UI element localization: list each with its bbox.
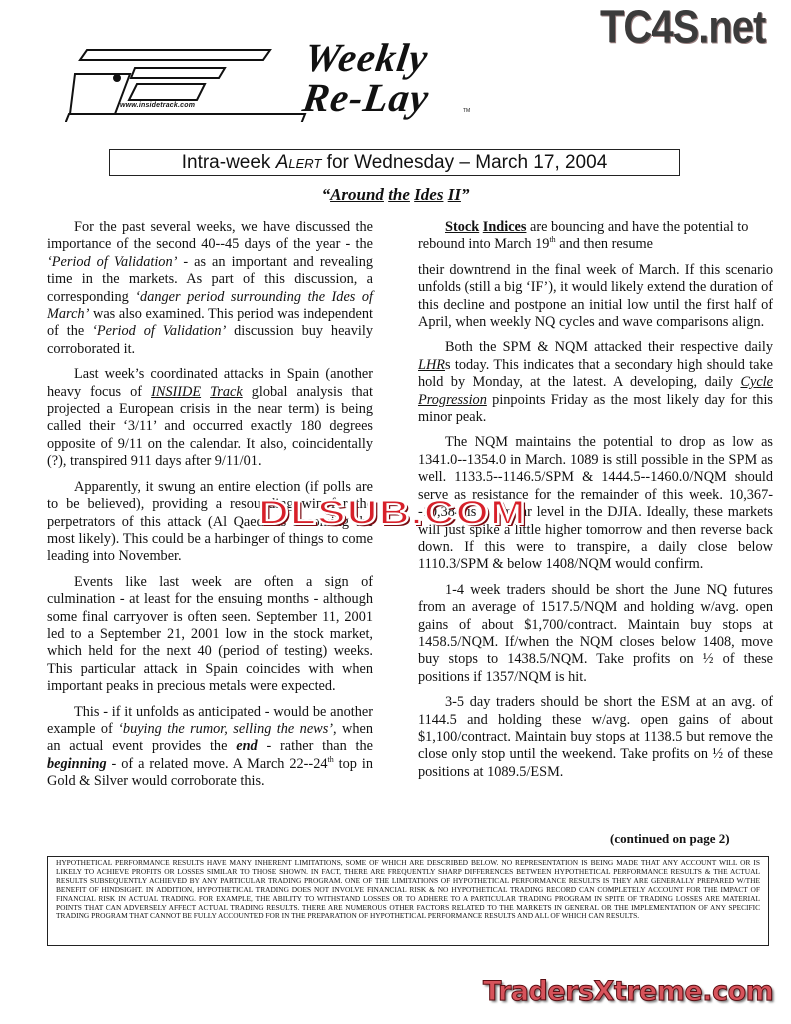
article-title: “Around the Ides II” (0, 185, 791, 205)
watermark-tc4s: TC4S.net (600, 2, 765, 54)
paragraph: Both the SPM & NQM attacked their respec… (418, 339, 773, 426)
alert-prefix: Intra-week (182, 152, 276, 173)
inside-track-logo-icon (65, 44, 315, 122)
title-word: II (448, 185, 461, 204)
paragraph: Last week’s coordinated attacks in Spain… (47, 366, 373, 470)
alert-word: Alert (276, 152, 322, 173)
logo-url: www.insidetrack.com (120, 102, 195, 109)
paragraph: This - if it unfolds as anticipated - wo… (47, 704, 373, 791)
insiide-track-link: INSIIDE (151, 384, 201, 400)
title-word: Around (330, 185, 384, 204)
alert-date: for Wednesday – March 17, 2004 (321, 152, 607, 173)
paragraph: 1-4 week traders should be short the Jun… (418, 582, 773, 686)
continued-note: (continued on page 2) (610, 831, 730, 847)
watermark-tradersxtreme: TradersXtreme.com (483, 976, 773, 1007)
paragraph: their downtrend in the final week of Mar… (418, 262, 773, 332)
watermark-dlsub: DLSUB.COM (258, 494, 527, 533)
paragraph: 3-5 day traders should be short the ESM … (418, 694, 773, 781)
paragraph: Events like last week are often a sign o… (47, 574, 373, 696)
trademark-mark: TM (463, 108, 470, 114)
masthead: www.insidetrack.com Weekly Re-Lay TM (65, 38, 485, 123)
title-word: the (388, 185, 410, 204)
paragraph: For the past several weeks, we have disc… (47, 219, 373, 358)
disclaimer-box: Hypothetical performance results have ma… (47, 856, 769, 946)
title-word: Ides (414, 185, 443, 204)
alert-header: Intra-week Alert for Wednesday – March 1… (109, 149, 680, 176)
paragraph: Stock Indices are bouncing and have the … (418, 219, 773, 254)
masthead-title-relay: Re-Lay (300, 74, 433, 121)
